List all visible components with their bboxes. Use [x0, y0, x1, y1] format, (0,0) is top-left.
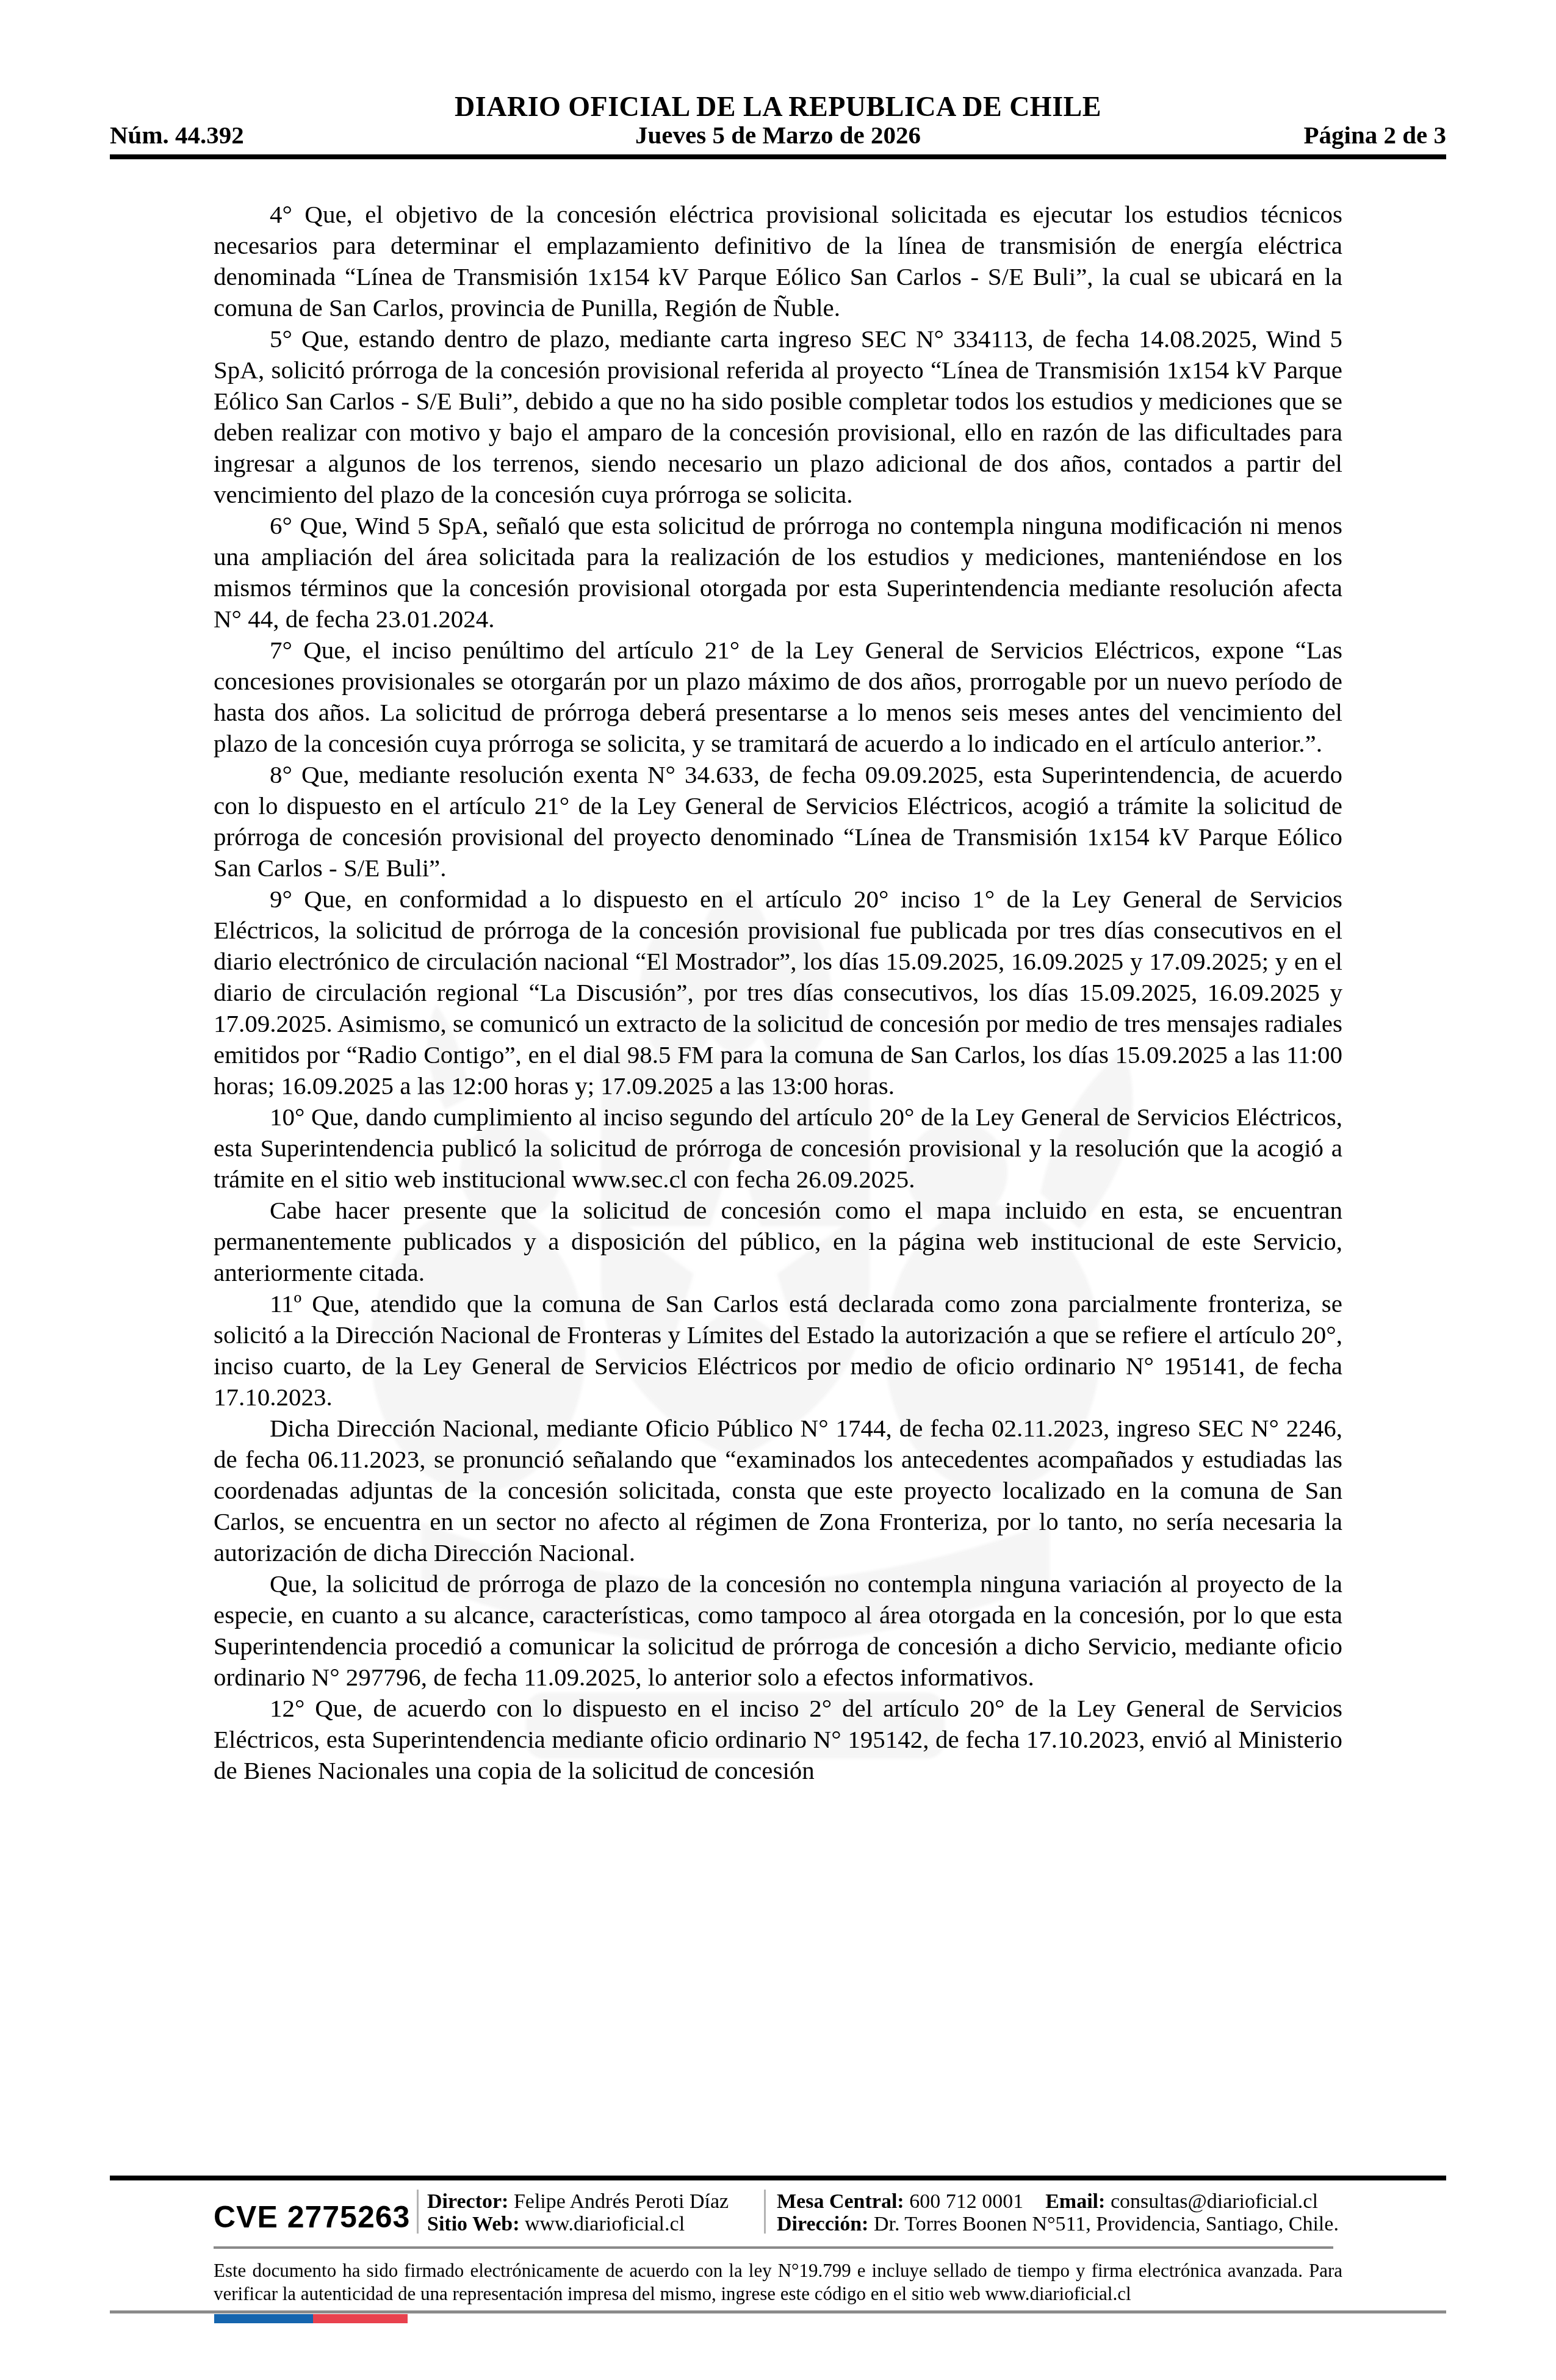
mesa-central-label: Mesa Central:: [777, 2190, 904, 2213]
mesa-central-value: 600 712 0001: [909, 2190, 1023, 2213]
address-line: Dirección: Dr. Torres Boonen N°511, Prov…: [777, 2213, 1356, 2235]
body-paragraph: 4° Que, el objetivo de la concesión eléc…: [214, 199, 1342, 323]
cve-code: CVE 2775263: [214, 2201, 410, 2233]
body-paragraph: 9° Que, en conformidad a lo dispuesto en…: [214, 884, 1342, 1102]
footer-gray-rule: [214, 2246, 1333, 2249]
body-paragraph: 10° Que, dando cumplimiento al inciso se…: [214, 1102, 1342, 1195]
flag-blue-segment: [214, 2314, 313, 2323]
address-value: Dr. Torres Boonen N°511, Providencia, Sa…: [874, 2213, 1339, 2235]
body-paragraph: Cabe hacer presente que la solicitud de …: [214, 1195, 1342, 1288]
email-value: consultas@diarioficial.cl: [1111, 2190, 1318, 2213]
email-label: Email:: [1045, 2190, 1105, 2213]
body-paragraph: 6° Que, Wind 5 SpA, señaló que esta soli…: [214, 510, 1342, 635]
footer-rule: [110, 2176, 1446, 2180]
document-body: 4° Que, el objetivo de la concesión eléc…: [214, 199, 1342, 1786]
page-indicator: Página 2 de 3: [1304, 121, 1447, 148]
bottom-gray-rule: [110, 2310, 1446, 2313]
director-label: Director:: [427, 2190, 508, 2213]
legal-note: Este documento ha sido firmado electróni…: [214, 2259, 1342, 2306]
document-page: DIARIO OFICIAL DE LA REPUBLICA DE CHILE …: [0, 0, 1556, 2380]
director-value: Felipe Andrés Peroti Díaz: [514, 2190, 729, 2213]
flag-red-segment: [313, 2314, 408, 2323]
director-line: Director: Felipe Andrés Peroti Díaz: [427, 2191, 769, 2213]
body-paragraph: 8° Que, mediante resolución exenta N° 34…: [214, 759, 1342, 884]
website-label: Sitio Web:: [427, 2213, 519, 2235]
body-paragraph: 12° Que, de acuerdo con lo dispuesto en …: [214, 1693, 1342, 1786]
body-paragraph: 11º Que, atendido que la comuna de San C…: [214, 1288, 1342, 1413]
phone-email-line: Mesa Central: 600 712 0001Email: consult…: [777, 2191, 1356, 2213]
body-paragraph: 5° Que, estando dentro de plazo, mediant…: [214, 323, 1342, 510]
body-paragraph: 7° Que, el inciso penúltimo del artículo…: [214, 635, 1342, 759]
footer-director-block: Director: Felipe Andrés Peroti Díaz Siti…: [427, 2191, 769, 2236]
header-meta-row: Núm. 44.392 Jueves 5 de Marzo de 2026 Pá…: [110, 121, 1446, 150]
footer-divider: [417, 2190, 419, 2234]
website-value: www.diarioficial.cl: [525, 2213, 685, 2235]
address-label: Dirección:: [777, 2213, 868, 2235]
body-paragraph: Dicha Dirección Nacional, mediante Ofici…: [214, 1413, 1342, 1568]
header-rule: [110, 154, 1446, 159]
page-title: DIARIO OFICIAL DE LA REPUBLICA DE CHILE: [110, 92, 1446, 122]
website-line: Sitio Web: www.diarioficial.cl: [427, 2213, 769, 2235]
body-paragraph: Que, la solicitud de prórroga de plazo d…: [214, 1568, 1342, 1693]
footer-contact-block: Mesa Central: 600 712 0001Email: consult…: [777, 2191, 1356, 2236]
publication-date: Jueves 5 de Marzo de 2026: [110, 121, 1446, 148]
